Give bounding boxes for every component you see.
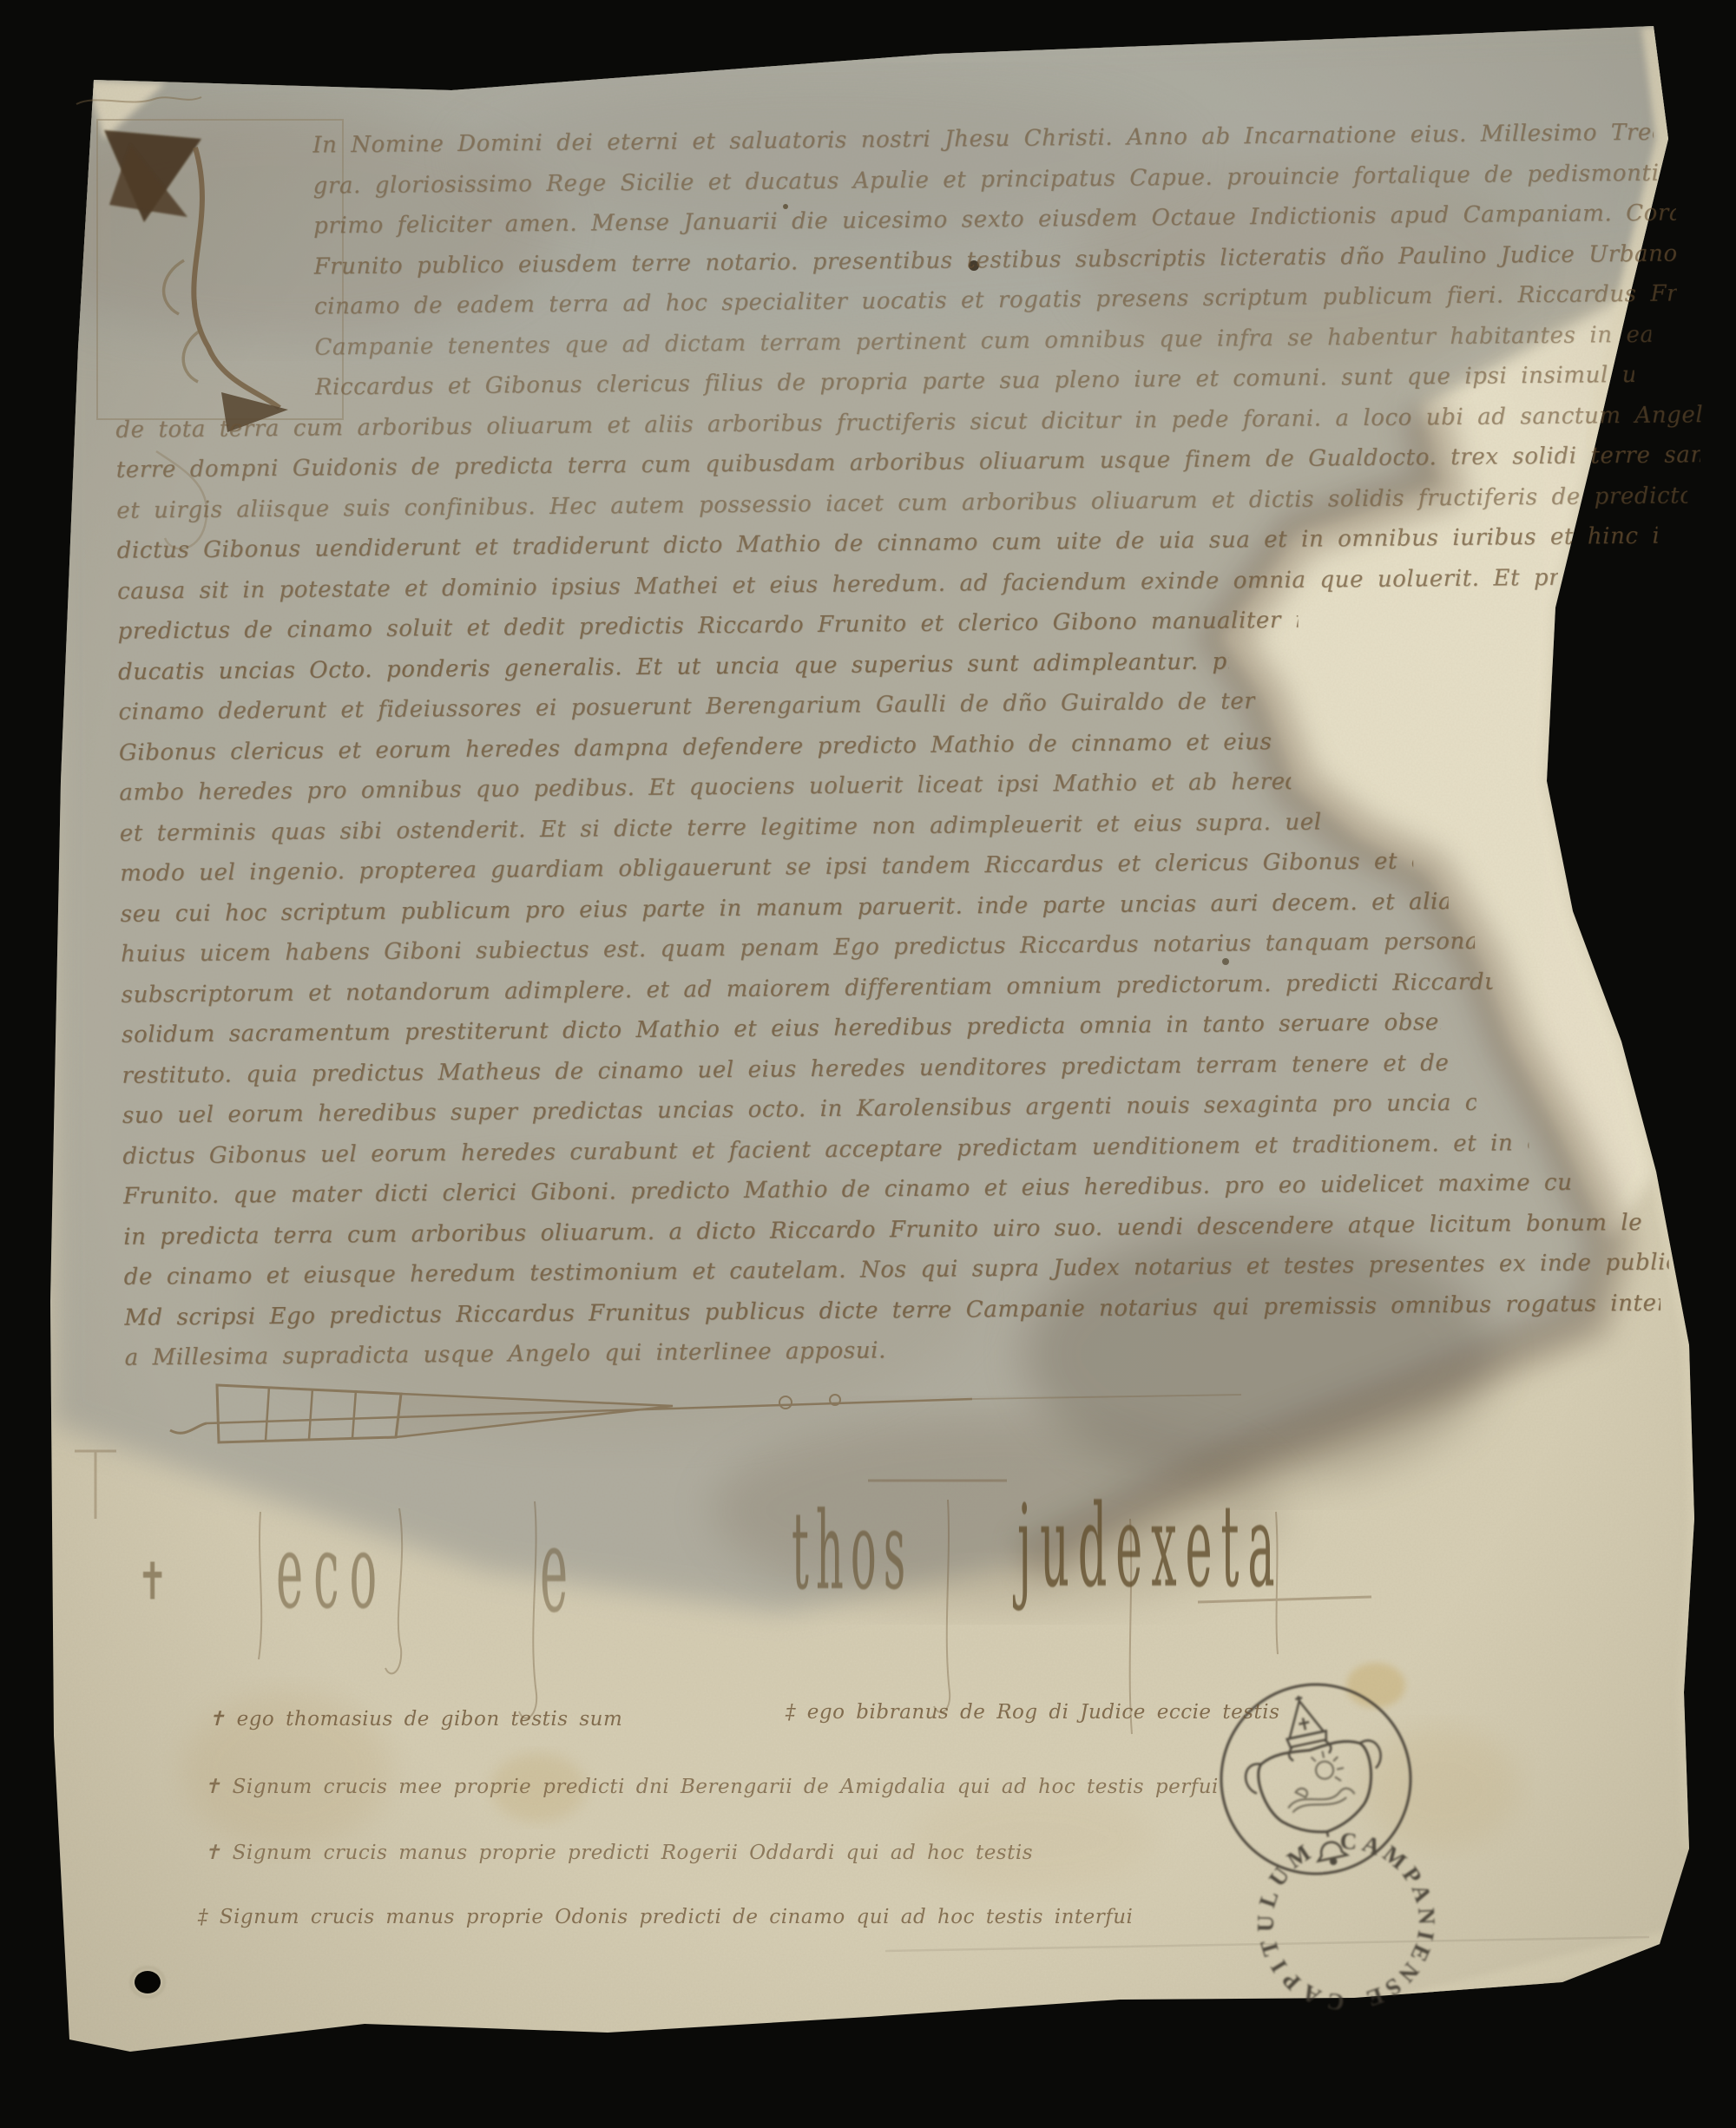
parchment-hole bbox=[131, 1967, 164, 1997]
witness-subscription: ‡ Signum crucis manus proprie Odonis pre… bbox=[198, 1906, 1133, 1928]
witness-subscription: ✝ Signum crucis manus proprie predicti R… bbox=[204, 1842, 1033, 1864]
witness-subscription: ✝ ego thomasius de gibon testis sum bbox=[208, 1708, 622, 1731]
display-word: eco bbox=[276, 1512, 387, 1632]
photographed-parchment-charter: CAMPANIENSE CAPITULUM bbox=[0, 0, 1736, 2128]
display-cross: ✝ bbox=[137, 1552, 168, 1612]
manuscript-line: a Millesima supradicta usque Angelo qui … bbox=[124, 1330, 888, 1378]
manuscript-text-block: In Nomine Domini dei eterni et saluatori… bbox=[0, 112, 1736, 1380]
witness-subscription: ✝ Signum crucis mee proprie predicti dni… bbox=[204, 1776, 1219, 1798]
display-word: thos bbox=[792, 1488, 912, 1614]
display-word: e bbox=[540, 1503, 568, 1640]
witness-subscription: ‡ ego bibranus de Rog di Judice eccie te… bbox=[786, 1701, 1279, 1724]
display-word: judexeta bbox=[1017, 1482, 1283, 1614]
